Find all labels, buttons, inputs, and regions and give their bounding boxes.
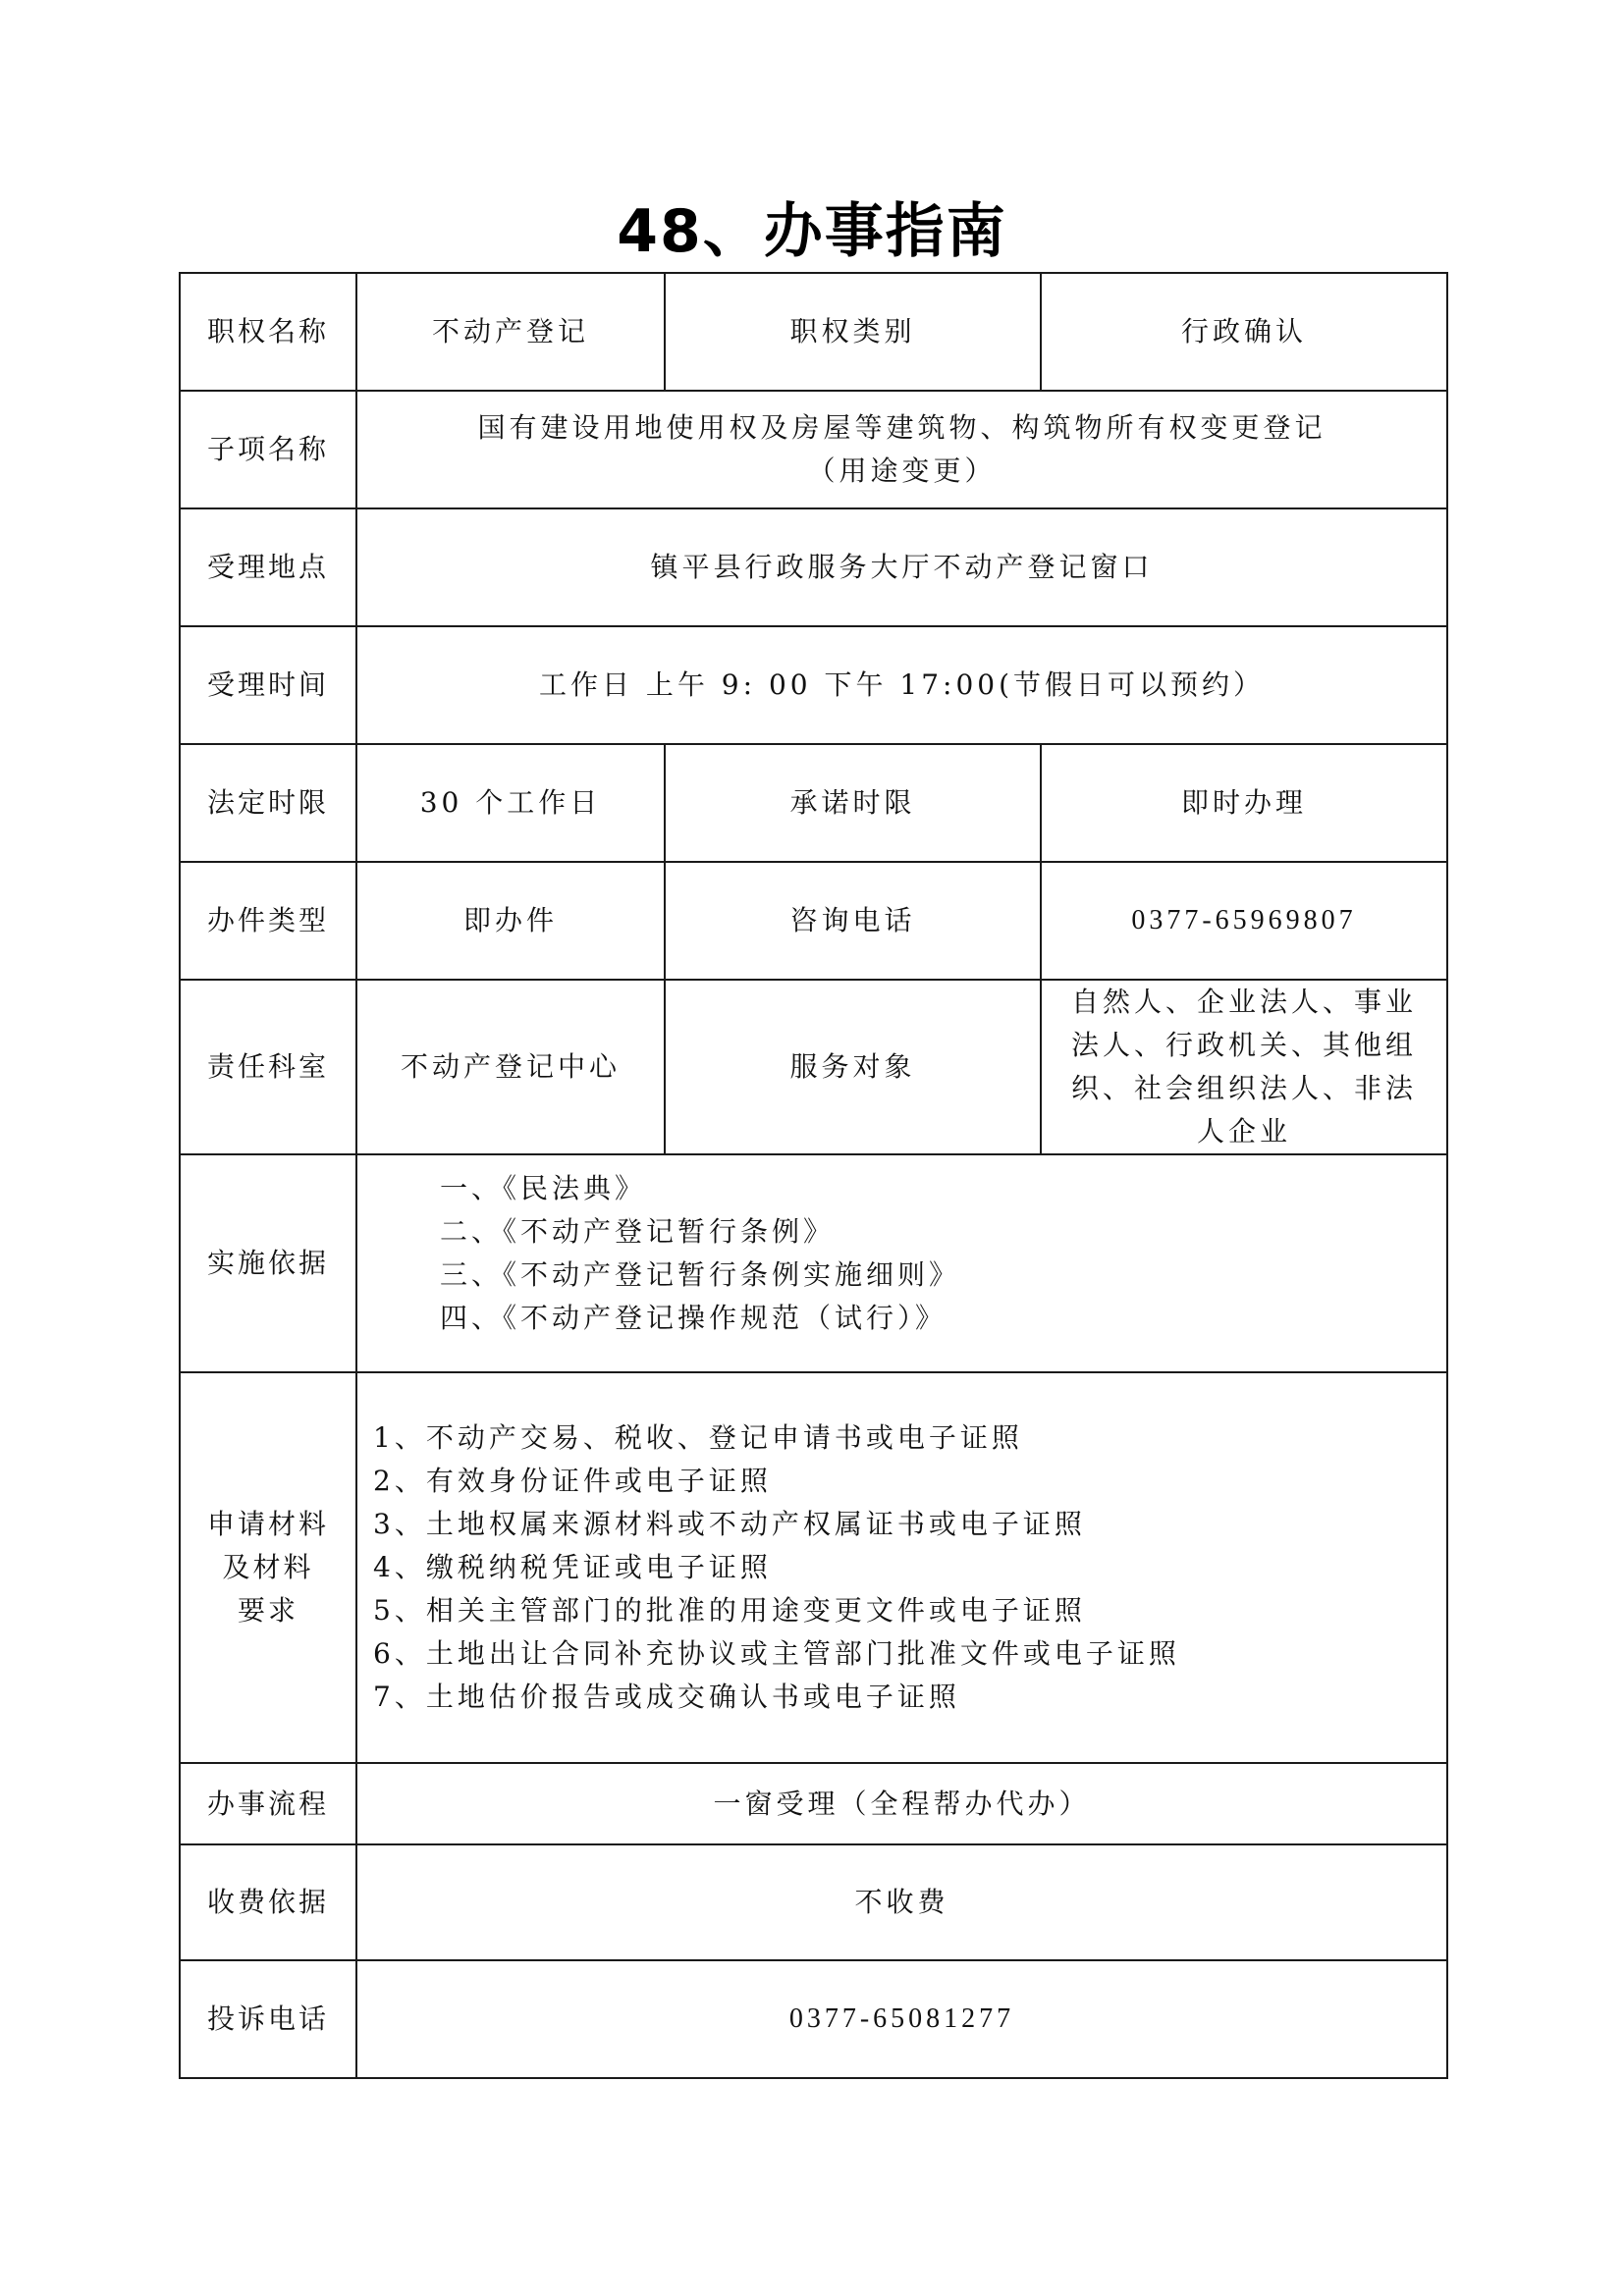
row-time-limit: 法定时限 30 个工作日 承诺时限 即时办理 [180, 744, 1447, 862]
service-target-line: 织、社会组织法人、非法 [1054, 1067, 1435, 1110]
service-target-line: 法人、行政机关、其他组 [1054, 1024, 1435, 1067]
process-label: 办事流程 [180, 1763, 356, 1844]
row-department: 责任科室 不动产登记中心 服务对象 自然人、企业法人、事业 法人、行政机关、其他… [180, 980, 1447, 1154]
row-sub-item: 子项名称 国有建设用地使用权及房屋等建筑物、构筑物所有权变更登记 （用途变更） [180, 391, 1447, 508]
service-target-value: 自然人、企业法人、事业 法人、行政机关、其他组 织、社会组织法人、非法 人企业 [1041, 980, 1447, 1154]
legal-basis-item: 三、《不动产登记暂行条例实施细则》 [440, 1254, 1446, 1297]
fee-basis-label: 收费依据 [180, 1844, 356, 1960]
complaint-phone-value: 0377-65081277 [356, 1960, 1447, 2078]
page-title: 48、办事指南 [0, 192, 1624, 271]
consult-phone-label: 咨询电话 [665, 862, 1041, 980]
legal-basis-item: 一、《民法典》 [440, 1167, 1446, 1210]
department-value: 不动产登记中心 [356, 980, 665, 1154]
process-value: 一窗受理（全程帮办代办） [356, 1763, 1447, 1844]
service-target-label: 服务对象 [665, 980, 1041, 1154]
service-target-line: 人企业 [1054, 1110, 1435, 1153]
case-type-value: 即办件 [356, 862, 665, 980]
department-label: 责任科室 [180, 980, 356, 1154]
power-name-label: 职权名称 [180, 273, 356, 391]
legal-basis-item: 二、《不动产登记暂行条例》 [440, 1210, 1446, 1254]
materials-item: 6、土地出让合同补充协议或主管部门批准文件或电子证照 [373, 1632, 1446, 1676]
materials-item: 5、相关主管部门的批准的用途变更文件或电子证照 [373, 1589, 1446, 1632]
row-fee: 收费依据 不收费 [180, 1844, 1447, 1960]
service-guide-table: 职权名称 不动产登记 职权类别 行政确认 子项名称 国有建设用地使用权及房屋等建… [179, 272, 1448, 2079]
power-name-value: 不动产登记 [356, 273, 665, 391]
location-label: 受理地点 [180, 508, 356, 626]
materials-label-line: 要求 [181, 1589, 355, 1632]
row-location: 受理地点 镇平县行政服务大厅不动产登记窗口 [180, 508, 1447, 626]
consult-phone-value: 0377-65969807 [1041, 862, 1447, 980]
legal-basis-item: 四、《不动产登记操作规范（试行）》 [440, 1297, 1446, 1340]
materials-item: 1、不动产交易、税收、登记申请书或电子证照 [373, 1416, 1446, 1460]
materials-item: 4、缴税纳税凭证或电子证照 [373, 1546, 1446, 1589]
materials-list: 1、不动产交易、税收、登记申请书或电子证照 2、有效身份证件或电子证照 3、土地… [356, 1372, 1447, 1763]
hours-label: 受理时间 [180, 626, 356, 744]
row-materials: 申请材料 及材料 要求 1、不动产交易、税收、登记申请书或电子证照 2、有效身份… [180, 1372, 1447, 1763]
case-type-label: 办件类型 [180, 862, 356, 980]
row-case-type: 办件类型 即办件 咨询电话 0377-65969807 [180, 862, 1447, 980]
power-category-label: 职权类别 [665, 273, 1041, 391]
legal-basis-list: 一、《民法典》 二、《不动产登记暂行条例》 三、《不动产登记暂行条例实施细则》 … [356, 1154, 1447, 1372]
row-complaint: 投诉电话 0377-65081277 [180, 1960, 1447, 2078]
row-process: 办事流程 一窗受理（全程帮办代办） [180, 1763, 1447, 1844]
materials-label-line: 及材料 [181, 1546, 355, 1589]
sub-item-line-2: （用途变更） [369, 450, 1435, 493]
materials-item: 3、土地权属来源材料或不动产权属证书或电子证照 [373, 1503, 1446, 1546]
power-category-value: 行政确认 [1041, 273, 1447, 391]
materials-item: 2、有效身份证件或电子证照 [373, 1460, 1446, 1503]
materials-label-line: 申请材料 [181, 1503, 355, 1546]
fee-basis-value: 不收费 [356, 1844, 1447, 1960]
row-legal-basis: 实施依据 一、《民法典》 二、《不动产登记暂行条例》 三、《不动产登记暂行条例实… [180, 1154, 1447, 1372]
legal-basis-label: 实施依据 [180, 1154, 356, 1372]
service-target-line: 自然人、企业法人、事业 [1054, 981, 1435, 1024]
promised-limit-label: 承诺时限 [665, 744, 1041, 862]
materials-item: 7、土地估价报告或成交确认书或电子证照 [373, 1676, 1446, 1719]
sub-item-label: 子项名称 [180, 391, 356, 508]
promised-limit-value: 即时办理 [1041, 744, 1447, 862]
row-power: 职权名称 不动产登记 职权类别 行政确认 [180, 273, 1447, 391]
row-hours: 受理时间 工作日 上午 9: 00 下午 17:00(节假日可以预约） [180, 626, 1447, 744]
location-value: 镇平县行政服务大厅不动产登记窗口 [356, 508, 1447, 626]
legal-limit-label: 法定时限 [180, 744, 356, 862]
hours-value: 工作日 上午 9: 00 下午 17:00(节假日可以预约） [356, 626, 1447, 744]
materials-label: 申请材料 及材料 要求 [180, 1372, 356, 1763]
sub-item-value: 国有建设用地使用权及房屋等建筑物、构筑物所有权变更登记 （用途变更） [356, 391, 1447, 508]
complaint-phone-label: 投诉电话 [180, 1960, 356, 2078]
sub-item-line-1: 国有建设用地使用权及房屋等建筑物、构筑物所有权变更登记 [369, 406, 1435, 450]
legal-limit-value: 30 个工作日 [356, 744, 665, 862]
